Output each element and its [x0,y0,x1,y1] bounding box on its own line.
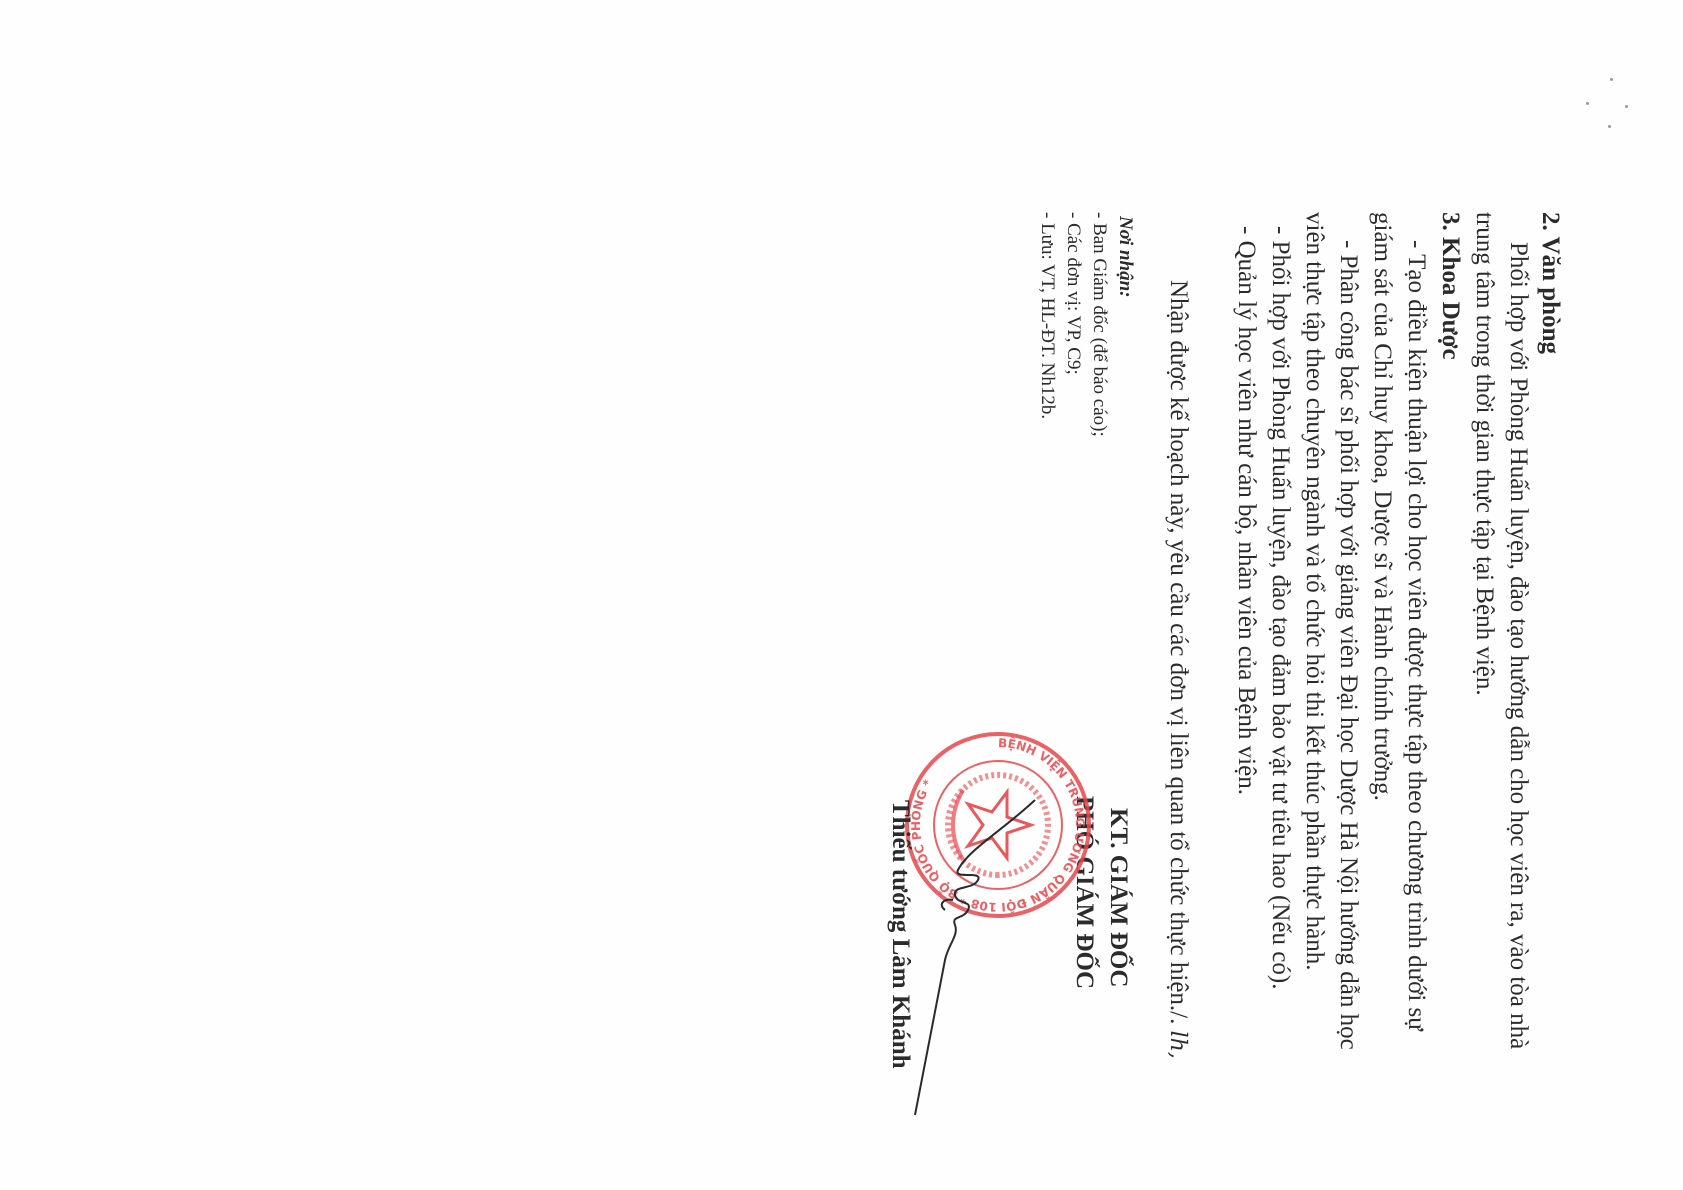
body-line: giám sát của Chỉ huy khoa, Dược sĩ và Hà… [1367,212,1397,801]
closing-text: Nhận được kế hoạch này, yêu cầu các đơn … [1165,280,1192,1024]
signature-title-1: KT. GIÁM ĐỐC [1103,808,1133,987]
signer-name: Thiếu tướng Lâm Khánh [885,800,915,1069]
body-line: - Phối hợp với Phòng Huấn luyện, đào tạo… [1265,226,1295,989]
body-line: - Tạo điều kiện thuận lợi cho học viên đ… [1401,240,1431,1031]
body-line: Phối hợp với Phòng Huấn luyện, đào tạo h… [1503,242,1533,1049]
handwritten-signature [913,720,1063,1120]
recipient-item: - Các đơn vị: VP, C9; [1061,212,1085,375]
body-line: viên thực tập theo chuyên ngành và tổ ch… [1299,212,1329,971]
handwritten-initials: lh, [1165,1031,1190,1059]
document-page: 2. Văn phòng Phối hợp với Phòng Huấn luy… [0,0,1683,1190]
body-line: - Phân công bác sĩ phối hợp với giảng vi… [1333,240,1363,1050]
scanned-page: 2. Văn phòng Phối hợp với Phòng Huấn luy… [0,0,1683,1190]
recipient-item: - Lưu: VT, HL-ĐT. Nh12b. [1035,212,1059,419]
body-line: - Quản lý học viên như cán bộ, nhân viên… [1231,226,1261,795]
recipient-item: - Ban Giám đốc (để báo cáo); [1087,212,1111,437]
section-heading-van-phong: 2. Văn phòng [1535,212,1565,354]
section-heading-khoa-duoc: 3. Khoa Dược [1435,212,1465,360]
body-line: trung tâm trong thời gian thực tập tại B… [1469,212,1499,696]
closing-line: Nhận được kế hoạch này, yêu cầu các đơn … [1162,280,1193,1059]
recipients-title: Nơi nhận: [1113,216,1137,297]
